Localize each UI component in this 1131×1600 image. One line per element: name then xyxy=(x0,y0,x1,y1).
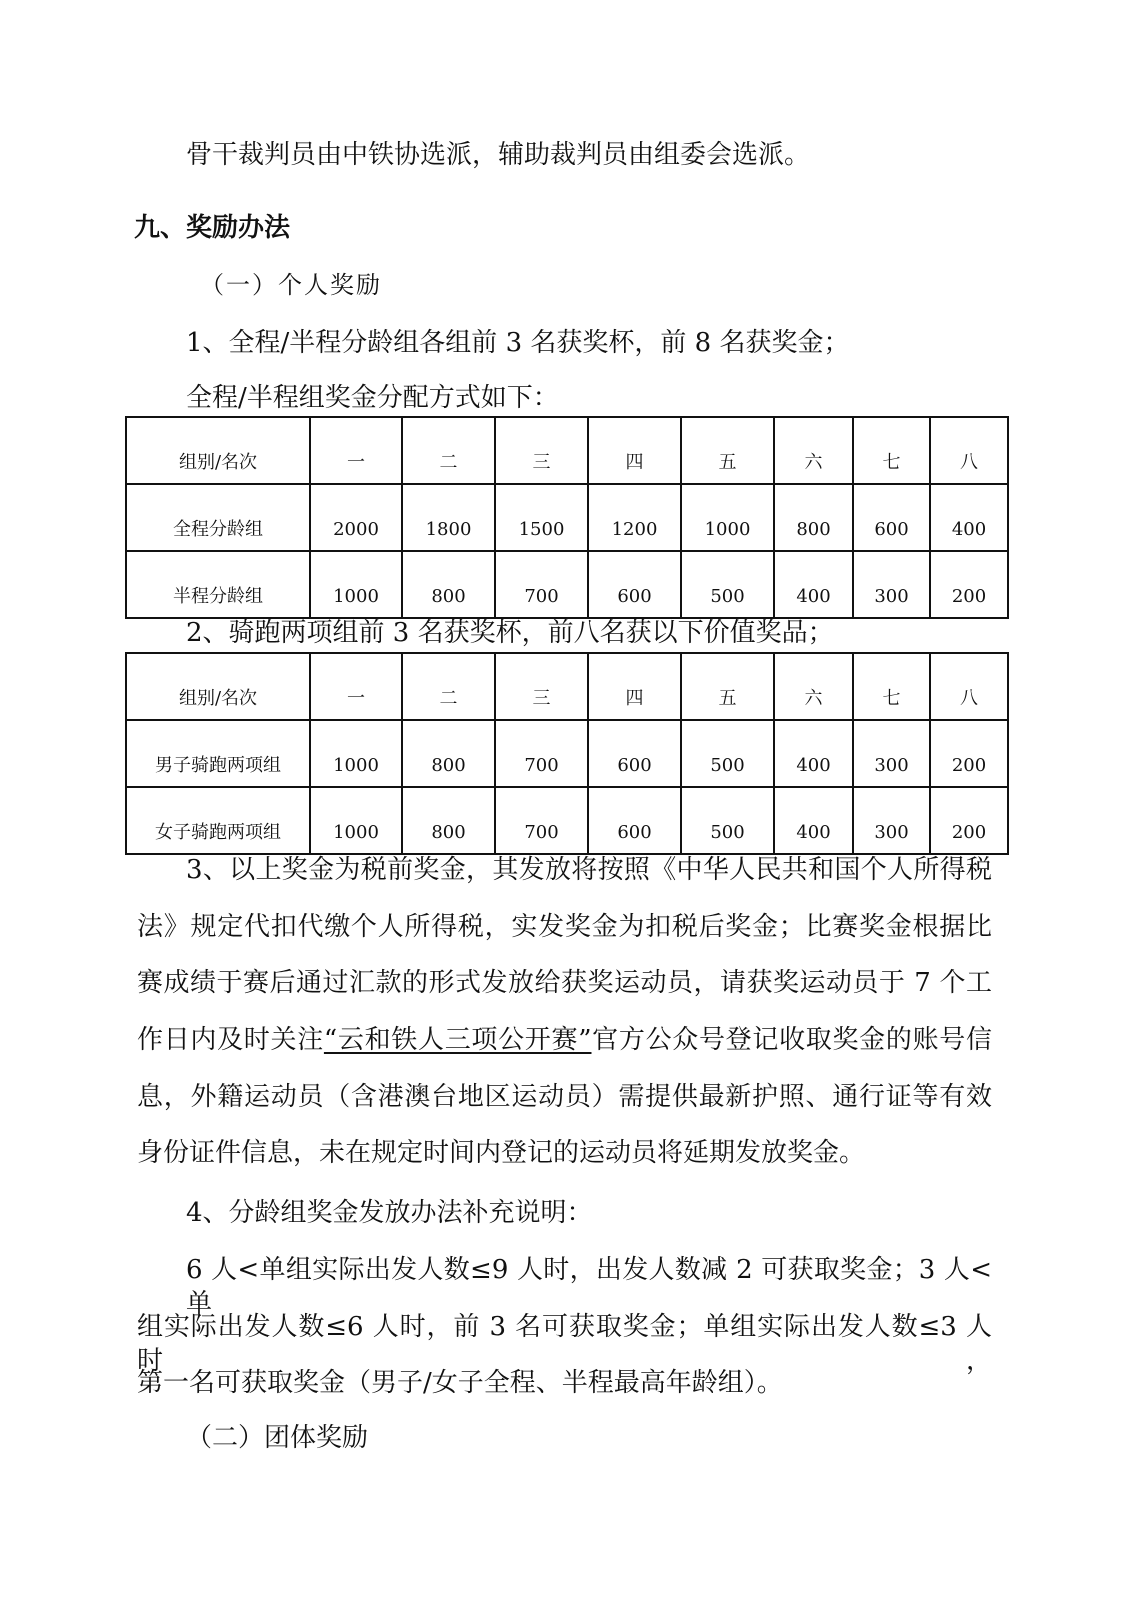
table-cell: 1200 xyxy=(588,484,681,551)
item-3-line-4-pre: 作日内及时关注 xyxy=(137,1025,324,1055)
table-row: 男子骑跑两项组 1000 800 700 600 500 400 300 200 xyxy=(126,720,1008,787)
table-header-cell: 五 xyxy=(681,653,774,720)
subsection-heading-individual: （一）个人奖励 xyxy=(200,268,382,302)
table-header-cell: 二 xyxy=(402,653,495,720)
table-cell: 400 xyxy=(774,551,853,618)
table-cell: 800 xyxy=(402,787,495,854)
prize-table-full-half: 组别/名次 一 二 三 四 五 六 七 八 全程分龄组 2000 1800 15… xyxy=(125,416,1009,619)
table-header-cell: 组别/名次 xyxy=(126,653,310,720)
item-1-text: 1、全程/半程分龄组各组前 3 名获奖杯，前 8 名获奖金； xyxy=(186,326,849,360)
table-cell: 700 xyxy=(495,720,588,787)
table-cell: 半程分龄组 xyxy=(126,551,310,618)
item-3-line-4-post: 官方公众号登记收取奖金的账号信 xyxy=(591,1025,992,1055)
table-cell: 1000 xyxy=(310,720,402,787)
intro-paragraph: 骨干裁判员由中铁协选派，辅助裁判员由组委会选派。 xyxy=(186,138,810,172)
table-row: 半程分龄组 1000 800 700 600 500 400 300 200 xyxy=(126,551,1008,618)
table-cell: 400 xyxy=(930,484,1008,551)
table-header-cell: 三 xyxy=(495,417,588,484)
table-cell: 男子骑跑两项组 xyxy=(126,720,310,787)
table-header-cell: 组别/名次 xyxy=(126,417,310,484)
table-cell: 500 xyxy=(681,551,774,618)
table-cell: 400 xyxy=(774,720,853,787)
table-cell: 800 xyxy=(402,551,495,618)
table-header-row: 组别/名次 一 二 三 四 五 六 七 八 xyxy=(126,417,1008,484)
table-cell: 1000 xyxy=(310,551,402,618)
item-3-line-2: 法》规定代扣代缴个人所得税，实发奖金为扣税后奖金；比赛奖金根据比 xyxy=(137,910,992,944)
table-cell: 700 xyxy=(495,787,588,854)
table-row: 全程分龄组 2000 1800 1500 1200 1000 800 600 4… xyxy=(126,484,1008,551)
table-cell: 300 xyxy=(853,720,930,787)
table-cell: 600 xyxy=(588,720,681,787)
table-cell: 1800 xyxy=(402,484,495,551)
table-row: 女子骑跑两项组 1000 800 700 600 500 400 300 200 xyxy=(126,787,1008,854)
table-cell: 700 xyxy=(495,551,588,618)
item-2-text: 2、骑跑两项组前 3 名获奖杯，前八名获以下价值奖品； xyxy=(186,616,834,650)
table-cell: 600 xyxy=(588,551,681,618)
table-header-cell: 八 xyxy=(930,653,1008,720)
table-header-cell: 三 xyxy=(495,653,588,720)
table-header-cell: 一 xyxy=(310,417,402,484)
table-cell: 600 xyxy=(588,787,681,854)
table-cell: 800 xyxy=(774,484,853,551)
table-header-cell: 六 xyxy=(774,417,853,484)
table-header-cell: 六 xyxy=(774,653,853,720)
table-header-cell: 五 xyxy=(681,417,774,484)
table-header-cell: 八 xyxy=(930,417,1008,484)
table-cell: 200 xyxy=(930,551,1008,618)
item-4-title: 4、分龄组奖金发放办法补充说明： xyxy=(186,1196,593,1230)
table-cell: 女子骑跑两项组 xyxy=(126,787,310,854)
table-cell: 500 xyxy=(681,787,774,854)
table-cell: 300 xyxy=(853,787,930,854)
table-cell: 200 xyxy=(930,787,1008,854)
item-3-line-1: 3、以上奖金为税前奖金，其发放将按照《中华人民共和国个人所得税 xyxy=(186,853,992,887)
table-header-cell: 四 xyxy=(588,653,681,720)
item-3-line-5: 息，外籍运动员（含港澳台地区运动员）需提供最新护照、通行证等有效 xyxy=(137,1080,992,1114)
table-cell: 400 xyxy=(774,787,853,854)
table-header-cell: 四 xyxy=(588,417,681,484)
item-1-note: 全程/半程组奖金分配方式如下： xyxy=(186,381,559,415)
table-cell: 300 xyxy=(853,551,930,618)
subsection-heading-team: （二）团体奖励 xyxy=(186,1421,368,1455)
table-cell: 500 xyxy=(681,720,774,787)
prize-table-bike-run: 组别/名次 一 二 三 四 五 六 七 八 男子骑跑两项组 1000 800 7… xyxy=(125,652,1009,855)
table-header-cell: 七 xyxy=(853,653,930,720)
table-cell: 600 xyxy=(853,484,930,551)
section-heading: 九、奖励办法 xyxy=(134,211,290,245)
table-cell: 800 xyxy=(402,720,495,787)
table-header-row: 组别/名次 一 二 三 四 五 六 七 八 xyxy=(126,653,1008,720)
table-cell: 1000 xyxy=(310,787,402,854)
item-3-line-4: 作日内及时关注“云和铁人三项公开赛”官方公众号登记收取奖金的账号信 xyxy=(137,1023,992,1057)
table-header-cell: 二 xyxy=(402,417,495,484)
table-cell: 2000 xyxy=(310,484,402,551)
table-cell: 1500 xyxy=(495,484,588,551)
table-cell: 全程分龄组 xyxy=(126,484,310,551)
table-cell: 200 xyxy=(930,720,1008,787)
item-3-line-6: 身份证件信息，未在规定时间内登记的运动员将延期发放奖金。 xyxy=(137,1136,865,1170)
table-cell: 1000 xyxy=(681,484,774,551)
item-4-line-3: 第一名可获取奖金（男子/女子全程、半程最高年龄组）。 xyxy=(137,1366,783,1400)
official-account-name-link[interactable]: “云和铁人三项公开赛” xyxy=(324,1025,592,1055)
item-3-line-3: 赛成绩于赛后通过汇款的形式发放给获奖运动员，请获奖运动员于 7 个工 xyxy=(137,966,992,1000)
table-header-cell: 七 xyxy=(853,417,930,484)
table-header-cell: 一 xyxy=(310,653,402,720)
